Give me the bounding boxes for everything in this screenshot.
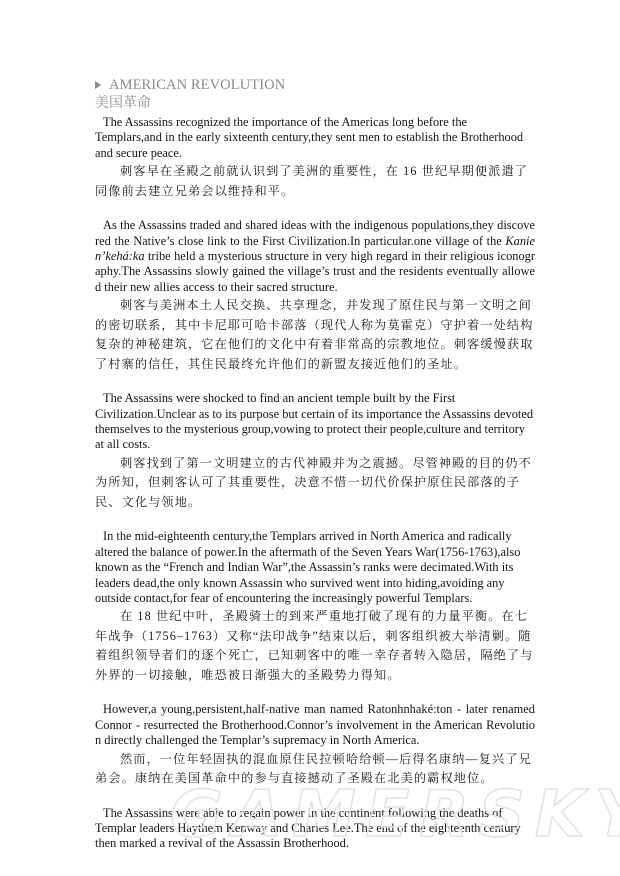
heading-title-zh: 美国革命 [95, 94, 535, 114]
paragraph-1: The Assassins recognized the importance … [95, 115, 535, 201]
gamersky-watermark: GAMERSKY [170, 778, 590, 852]
paragraph-4: In the mid-eighteenth century,the Templa… [95, 529, 535, 685]
paragraph-3: The Assassins were shocked to find an an… [95, 391, 535, 512]
paragraph-en: As the Assassins traded and shared ideas… [95, 218, 535, 295]
document-page: AMERICAN REVOLUTION 美国革命 The Assassins r… [95, 76, 535, 869]
paragraph-5: However,a young,persistent,half-native m… [95, 702, 535, 788]
text-run: As the Assassins traded and shared ideas… [95, 218, 535, 247]
paragraph-zh: 刺客早在圣殿之前就认识到了美洲的重要性，在 16 世纪早期便派遣了同像前去建立兄… [95, 162, 535, 201]
paragraph-en: In the mid-eighteenth century,the Templa… [95, 529, 535, 606]
paragraph-en: However,a young,persistent,half-native m… [95, 702, 535, 748]
triangle-right-icon [95, 81, 101, 89]
paragraph-en: The Assassins were shocked to find an an… [95, 391, 535, 453]
heading-title-en: AMERICAN REVOLUTION [109, 76, 285, 94]
paragraph-2: As the Assassins traded and shared ideas… [95, 218, 535, 374]
paragraph-zh: 刺客找到了第一文明建立的古代神殿并为之震撼。尽管神殿的目的仍不为所知，但刺客认可… [95, 454, 535, 513]
section-heading: AMERICAN REVOLUTION [95, 76, 535, 94]
text-run: tribe held a mysterious structure in ver… [95, 249, 535, 294]
paragraph-zh: 在 18 世纪中叶，圣殿骑士的到来严重地打破了现有的力量平衡。在七年战争（175… [95, 607, 535, 685]
paragraph-zh: 刺客与美洲本土人民交换、共享理念，并发现了原住民与第一文明之间的密切联系，其中卡… [95, 296, 535, 374]
paragraph-en: The Assassins recognized the importance … [95, 115, 535, 161]
